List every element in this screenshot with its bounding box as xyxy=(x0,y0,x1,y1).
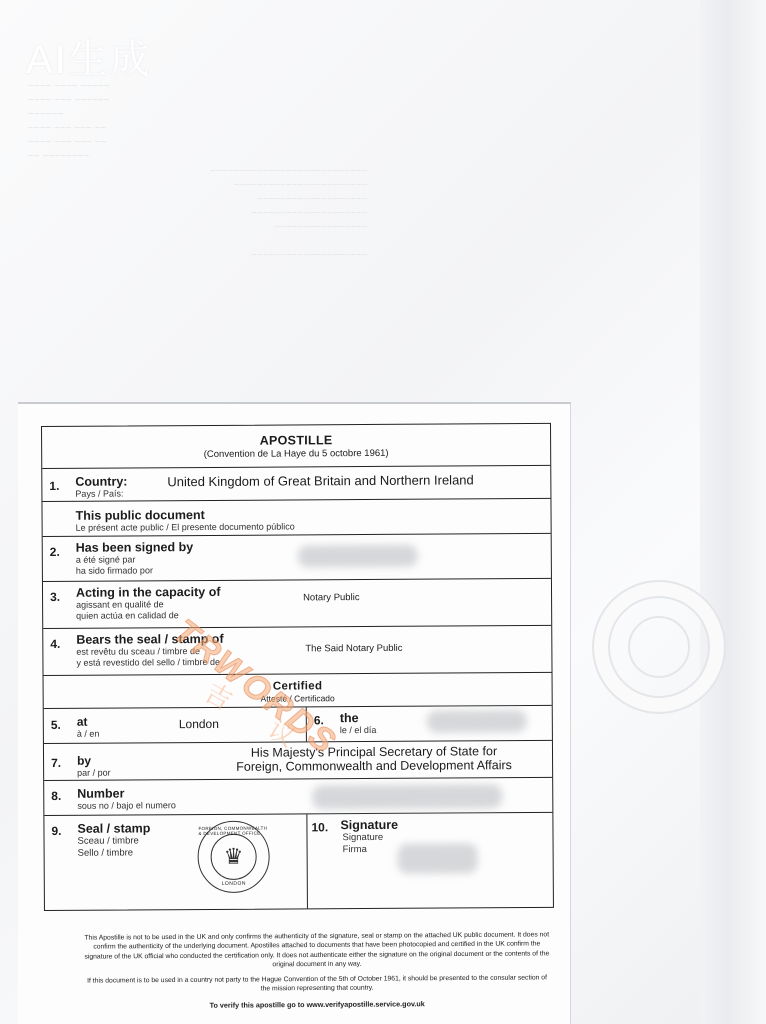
field-seal-of: 4. Bears the seal / stamp of est revêtu … xyxy=(43,626,551,676)
signature-redacted xyxy=(398,843,478,873)
verify-link[interactable]: To verify this apostille go to www.verif… xyxy=(82,998,552,1011)
place-date-row: 5. at à / en London 6. the le / el día xyxy=(44,706,552,744)
capacity-value: Notary Public xyxy=(303,592,360,603)
ghost-text-left: ~~~~ ~~~~ ~~~~~~~~~ ~~~ ~~~~~~~~~~~~~~~~… xyxy=(28,80,109,164)
field-country: 1. Country: Pays / País: United Kingdom … xyxy=(42,466,550,502)
number-redacted xyxy=(312,784,502,809)
field-signed-by: 2. Has been signed by a été signé par ha… xyxy=(43,534,551,582)
apostille-subtitle: (Convention de La Haye du 5 octobre 1961… xyxy=(42,447,550,461)
apostille-header: APOSTILLE (Convention de La Haye du 5 oc… xyxy=(42,424,550,469)
field-date: 6. the le / el día xyxy=(307,706,552,741)
seal-of-value: The Said Notary Public xyxy=(305,643,402,655)
signer-name-redacted xyxy=(298,545,418,568)
seal-signature-row: 9. Seal / stamp Sceau / timbre Sello / t… xyxy=(44,813,553,910)
date-redacted xyxy=(427,710,527,733)
apostille-form: APOSTILLE (Convention de La Haye du 5 oc… xyxy=(41,423,554,911)
ghost-text-reversed: ~~~~~~~~~~~~~~~~~~~~~~~~~~~~~~~~~~~~~~~~… xyxy=(210,165,368,263)
place-value: London xyxy=(179,717,219,731)
field-at: 5. at à / en London xyxy=(44,707,307,743)
country-label: Country: xyxy=(75,474,127,488)
royal-coat-of-arms-icon: FOREIGN, COMMONWEALTH & DEVELOPMENT OFFI… xyxy=(197,821,269,893)
page-fold-edge xyxy=(700,0,766,1024)
country-value: United Kingdom of Great Britain and Nort… xyxy=(167,472,473,489)
notes-hague: If this document is to be used in a coun… xyxy=(82,974,552,996)
field-number: 8. Number sous no / bajo el numero xyxy=(44,778,552,816)
apostille-notes: This Apostille is not to be used in the … xyxy=(82,930,553,1016)
issuing-authority: His Majesty's Principal Secretary of Sta… xyxy=(214,744,534,774)
field-capacity: 3. Acting in the capacity of agissant en… xyxy=(43,579,551,629)
ai-generated-mark: AI生成 xyxy=(26,28,152,85)
field-public-document: This public document Le présent acte pub… xyxy=(42,499,550,537)
field-by: 7. by par / por His Majesty's Principal … xyxy=(44,741,552,781)
certified-row: Certified Attesté / Certificado xyxy=(44,673,552,709)
field-signature: 10. Signature Signature Firma xyxy=(307,813,553,908)
notes-disclaimer: This Apostille is not to be used in the … xyxy=(82,930,552,970)
field-seal: 9. Seal / stamp Sceau / timbre Sello / t… xyxy=(44,814,308,910)
embossed-notary-seal-icon xyxy=(592,580,726,714)
